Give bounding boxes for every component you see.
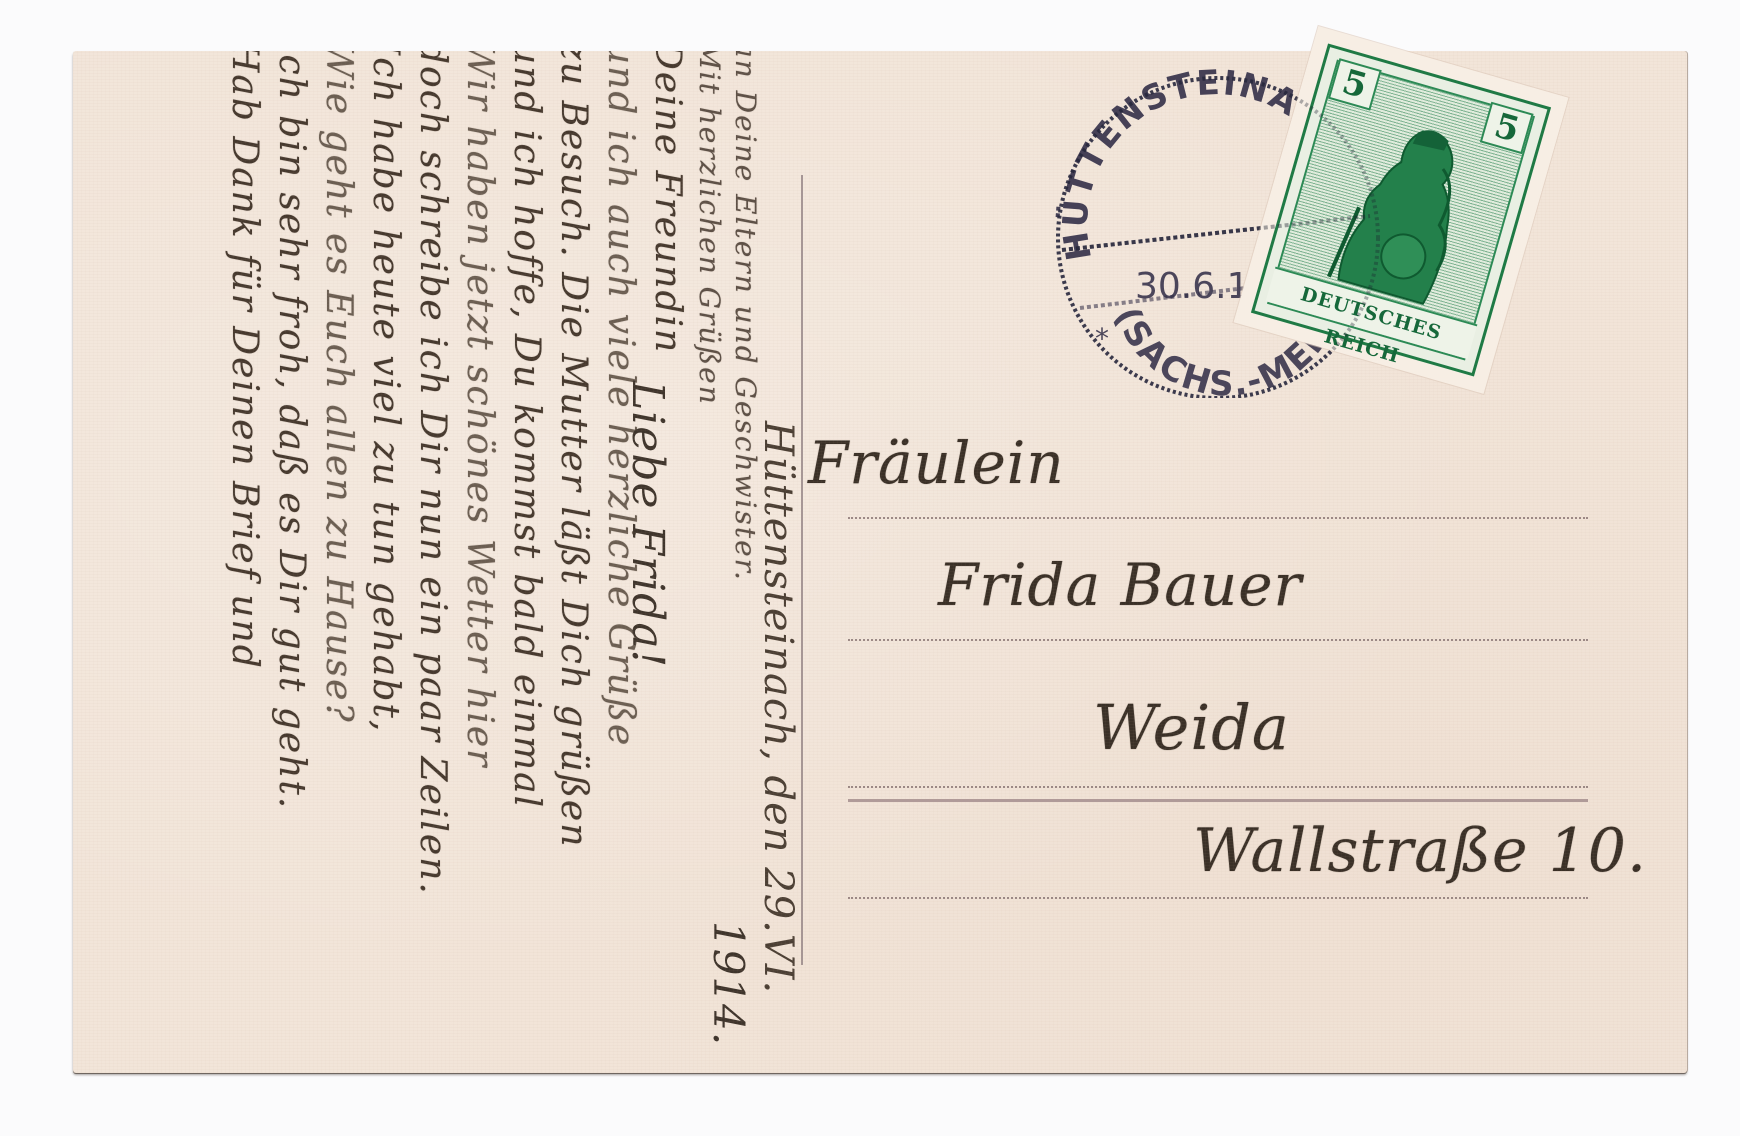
address-recipient-name: Frida Bauer (938, 551, 1302, 619)
place-date: Hüttensteinach, den 29.VI. (755, 421, 801, 994)
address-town: Weida (1093, 691, 1290, 764)
message-area: an Deine Eltern und Geschwister. Mit her… (73, 51, 793, 1073)
message-line: und ich hoffe, Du kommst bald einmal (503, 51, 550, 1051)
address-line-3 (848, 786, 1588, 788)
address-line-2 (848, 639, 1588, 641)
postmark-star: * (1095, 322, 1109, 355)
address-line-3-underline (848, 799, 1588, 802)
vertical-divider-line (801, 175, 803, 965)
address-recipient-title: Fräulein (808, 429, 1065, 497)
address-line-1 (848, 517, 1588, 519)
salutation: Liebe Frida! (622, 381, 673, 668)
year: 1914. (704, 921, 753, 1046)
message-closing-line: Mit herzlichen Grüßen (691, 51, 727, 1051)
message-line: Hab Dank für Deinen Brief und (221, 51, 268, 1051)
message-line: ich bin sehr froh, daß es Dir gut geht. (268, 51, 315, 1051)
message-line: doch schreibe ich Dir nun ein paar Zeile… (409, 51, 456, 1051)
message-line: Wie geht es Euch allen zu Hause? (315, 51, 362, 1051)
message-text-block: an Deine Eltern und Geschwister. Mit her… (221, 51, 763, 1051)
address-line-4 (848, 897, 1588, 899)
message-line: Wir haben jetzt schönes Wetter hier (456, 51, 503, 1051)
address-street: Wallstraße 10. (1193, 816, 1647, 886)
message-line: Ich habe heute viel zu tun gehabt, (362, 51, 409, 1051)
message-line: zu Besuch. Die Mutter läßt Dich grüßen (550, 51, 597, 1051)
